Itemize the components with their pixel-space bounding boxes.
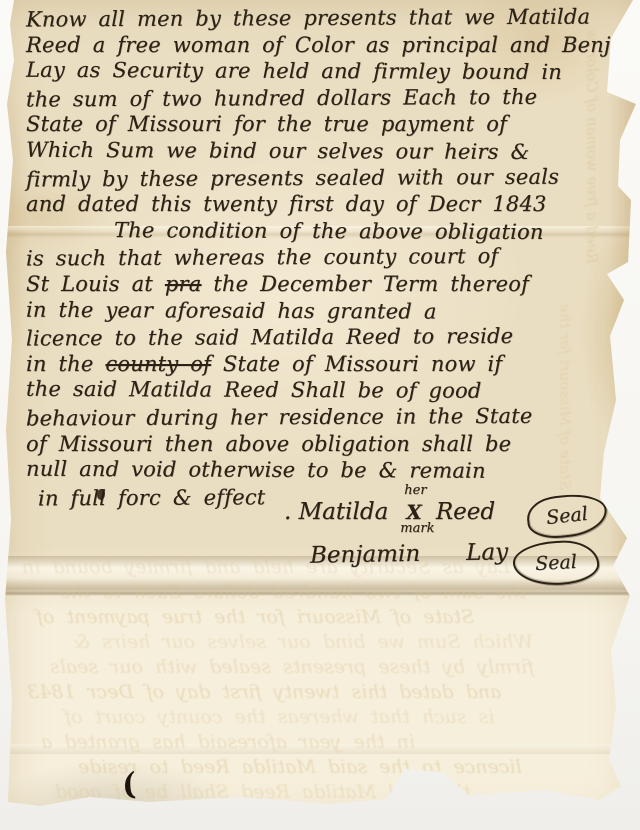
handwritten-line: licence to the said Matilda Reed to resi… — [26, 323, 602, 353]
handwritten-line: firmly by these presents sealed with our… — [26, 163, 602, 193]
handwritten-line: The condition of the above obligation — [26, 216, 602, 245]
handwritten-text: State of Missouri for the true payment o… — [26, 112, 507, 136]
her-mark-cluster: herXmark — [406, 499, 422, 525]
handwritten-text: and dated this twenty first day of Decr … — [26, 192, 547, 216]
handwritten-line: St Louis at pra the December Term thereo… — [26, 271, 602, 298]
handwritten-line: Know all men by these presents that we M… — [26, 3, 602, 33]
bleedthrough-line: State of Missouri for the true payment o… — [36, 606, 474, 628]
scan-background: Lay as Security are held and firmley bou… — [0, 0, 640, 830]
struck-through-text: county of — [105, 352, 211, 376]
handwritten-text: in the year aforesaid has granted a — [26, 297, 437, 323]
signature-surname: Reed — [436, 499, 495, 525]
handwritten-text: the December Term thereof — [201, 272, 529, 296]
edge-stain — [610, 96, 636, 566]
handwritten-text: in the — [26, 352, 105, 376]
handwritten-text: of Missouri then above obligation shall … — [26, 432, 511, 456]
handwritten-line: in the county of State of Missouri now i… — [26, 351, 602, 378]
handwritten-text: Lay as Security are held and firmley bou… — [26, 58, 562, 84]
handwritten-line: State of Missouri for the true payment o… — [26, 111, 602, 138]
stray-ink-mark: ( — [118, 767, 140, 804]
handwritten-line: of Missouri then above obligation shall … — [26, 431, 602, 458]
handwritten-text: The condition of the above obligation — [114, 218, 544, 244]
bleedthrough-line: and dated this twenty first day of Decr … — [27, 681, 501, 703]
handwritten-line: behaviour during her residence in the St… — [26, 402, 602, 432]
bleedthrough-line: licence to the said Matilda Reed to resi… — [78, 756, 522, 778]
her-label: her — [404, 483, 426, 498]
mark-label: mark — [400, 521, 434, 536]
handwritten-text: in full forc & effect — [38, 485, 266, 510]
handwritten-text: licence to the said Matilda Reed to resi… — [26, 324, 513, 351]
fold-crease-bottom — [0, 744, 640, 754]
handwritten-line: the sum of two hundred dollars Each to t… — [26, 83, 602, 113]
struck-through-text: pra — [165, 272, 202, 296]
handwritten-text: behaviour during her residence in the St… — [26, 404, 533, 431]
handwritten-line: the said Matilda Reed Shall be of good — [26, 376, 602, 405]
edge-smudge — [608, 788, 629, 815]
handwritten-text: Which Sum we bind our selves our heirs & — [26, 138, 530, 164]
seal-label: Seal — [535, 551, 578, 575]
handwritten-text: is such that whereas the county court of — [26, 244, 499, 270]
handwritten-text: Reed a free woman of Color as principal … — [26, 33, 640, 57]
handwritten-line: is such that whereas the county court of — [26, 243, 602, 273]
document-paper: Lay as Security are held and firmley bou… — [0, 0, 640, 830]
bleedthrough-line: the said Matilda Reed Shall be of good — [55, 781, 471, 803]
signature-benjamin-lay: BenjaminLay — [310, 539, 509, 568]
handwritten-line: Reed a free woman of Color as principal … — [26, 32, 602, 59]
handwritten-text: Know all men by these presents that we M… — [26, 5, 590, 32]
bleedthrough-line: is such that whereas the county court of — [64, 706, 495, 728]
handwritten-text: the sum of two hundred dollars Each to t… — [26, 85, 537, 112]
handwritten-text: firmly by these presents sealed with our… — [26, 164, 559, 191]
signature-prefix: . Matilda — [284, 499, 388, 525]
handwritten-line: in the year aforesaid has granted a — [26, 296, 602, 325]
document-body: Know all men by these presents that we M… — [26, 5, 602, 510]
bleedthrough-line: firmly by these presents sealed with our… — [50, 656, 534, 678]
signature-given: Benjamin — [310, 541, 421, 569]
handwritten-text: the said Matilda Reed Shall be of good — [26, 377, 482, 403]
bleedthrough-line: the sum of two hundred dollars Each to t… — [59, 581, 526, 603]
bleedthrough-area: Lay as Security are held and firmley bou… — [14, 552, 614, 810]
handwritten-line: and dated this twenty first day of Decr … — [26, 191, 602, 218]
handwritten-text: null and void otherwise to be & remain — [26, 457, 486, 483]
bleedthrough-line: Which Sum we bind our selves our heirs & — [73, 631, 533, 653]
handwritten-line: Lay as Security are held and firmley bou… — [26, 57, 602, 86]
signature-matilda-reed: . MatildaherXmarkReed — [284, 499, 495, 525]
seal-lay: Seal — [512, 539, 600, 587]
signature-surname: Lay — [466, 539, 508, 566]
handwritten-line: Which Sum we bind our selves our heirs & — [26, 137, 602, 166]
handwritten-line: null and void otherwise to be & remain — [26, 456, 602, 485]
handwritten-text: St Louis at — [26, 272, 165, 296]
bleedthrough-line: in the year aforesaid has granted a — [41, 731, 415, 753]
seal-label: Seal — [545, 503, 589, 529]
handwritten-text: State of Missouri now if — [211, 352, 502, 376]
fold-crease-line — [0, 592, 640, 595]
